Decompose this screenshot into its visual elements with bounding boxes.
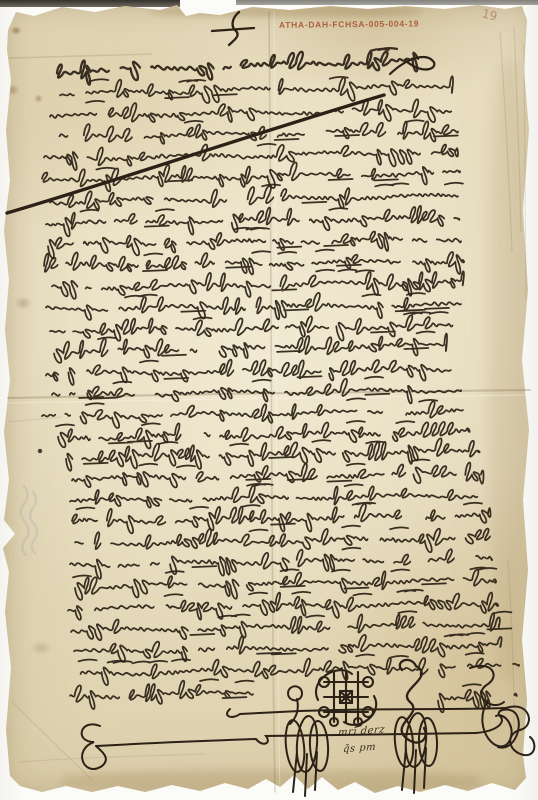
top-edge-grime [150, 6, 420, 17]
manuscript-scan: ATHA-DAH-FCHSA-005-004-19 19 mrĩ derz q̃… [0, 0, 538, 800]
scanner-edge-shadow-left [0, 0, 180, 7]
manuscript-sheet [0, 0, 538, 800]
stain-spot [4, 84, 20, 96]
stain-spot [10, 26, 22, 35]
signature-text-2: q̃s pm [343, 742, 377, 755]
archival-reference-stamp: ATHA-DAH-FCHSA-005-004-19 [279, 18, 449, 30]
stain-spot [14, 296, 32, 310]
bottom-edge-grime [60, 770, 480, 792]
aged-edge-band [490, 60, 526, 680]
scanner-edge-shadow-right [236, 0, 538, 5]
stain-spot [34, 94, 43, 103]
stain-spot [30, 640, 52, 656]
